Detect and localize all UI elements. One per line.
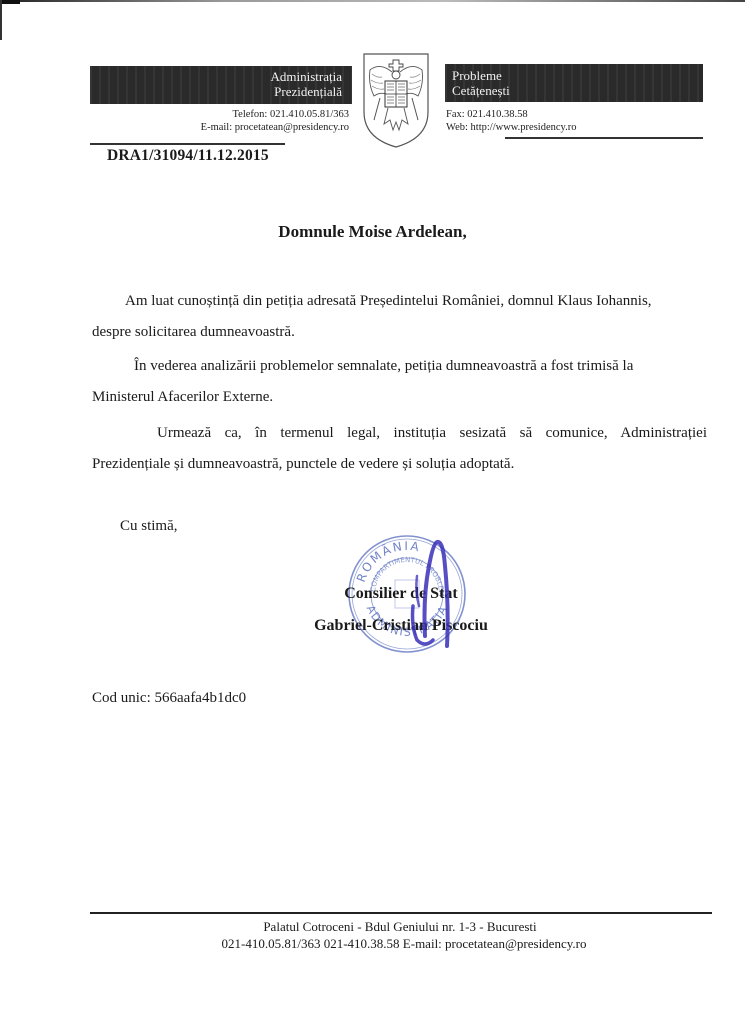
fax-text: Fax: 021.410.38.58 bbox=[446, 108, 576, 121]
footer-contacts: 021-410.05.81/363 021-410.38.58 E-mail: … bbox=[0, 936, 745, 952]
department-name-line1: Probleme bbox=[452, 68, 703, 83]
closing-formula: Cu stimă, bbox=[120, 518, 178, 535]
scan-edge-top bbox=[0, 0, 745, 2]
letterhead-right-banner: Probleme Cetățenești bbox=[445, 64, 703, 102]
paragraph-3-line-2: Prezidențiale și dumneavoastră, punctele… bbox=[92, 449, 707, 480]
unique-code: Cod unic: 566aafa4b1dc0 bbox=[92, 690, 246, 707]
scan-corner-mark bbox=[0, 0, 20, 4]
paragraph-1: Am luat cunoștință din petiția adresată … bbox=[92, 286, 707, 348]
paragraph-2: În vederea analizării problemelor semnal… bbox=[92, 351, 707, 413]
phone-text: Telefon: 021.410.05.81/363 bbox=[150, 108, 349, 121]
paragraph-3: Urmează ca, în termenul legal, instituți… bbox=[92, 418, 707, 480]
paragraph-1-line-1: Am luat cunoștință din petiția adresată … bbox=[92, 286, 707, 317]
letterhead-divider-left bbox=[90, 143, 285, 145]
paragraph-1-line-2: despre solicitarea dumneavoastră. bbox=[92, 317, 707, 348]
letterhead-left-banner: Administrația Prezidențială bbox=[90, 66, 352, 104]
registration-number: DRA1/31094/11.12.2015 bbox=[107, 147, 269, 165]
department-name-line2: Cetățenești bbox=[452, 83, 703, 98]
paragraph-3-line-1: Urmează ca, în termenul legal, instituți… bbox=[92, 418, 707, 449]
paragraph-2-line-2: Ministerul Afacerilor Externe. bbox=[92, 382, 707, 413]
letterhead-contact-right: Fax: 021.410.38.58 Web: http://www.presi… bbox=[446, 108, 576, 134]
email-text: E-mail: procetatean@presidency.ro bbox=[150, 121, 349, 134]
letterhead-divider-right bbox=[505, 137, 703, 139]
web-link[interactable]: Web: http://www.presidency.ro bbox=[446, 121, 576, 134]
footer-divider bbox=[90, 912, 712, 914]
handwritten-signature-icon bbox=[395, 536, 475, 666]
salutation: Domnule Moise Ardelean, bbox=[0, 222, 745, 242]
letterhead-contact-left: Telefon: 021.410.05.81/363 E-mail: proce… bbox=[150, 108, 349, 134]
footer-address: Palatul Cotroceni - Bdul Geniului nr. 1-… bbox=[0, 919, 745, 935]
signer-name: Gabriel-Cristian Piscociu bbox=[0, 617, 745, 635]
institution-name-line1: Administrația bbox=[90, 69, 342, 84]
coat-of-arms-icon bbox=[360, 50, 432, 150]
signer-title: Consilier de Stat bbox=[0, 585, 745, 603]
paragraph-2-line-1: În vederea analizării problemelor semnal… bbox=[92, 351, 707, 382]
scan-edge-left bbox=[0, 0, 2, 40]
institution-name-line2: Prezidențială bbox=[90, 84, 342, 99]
